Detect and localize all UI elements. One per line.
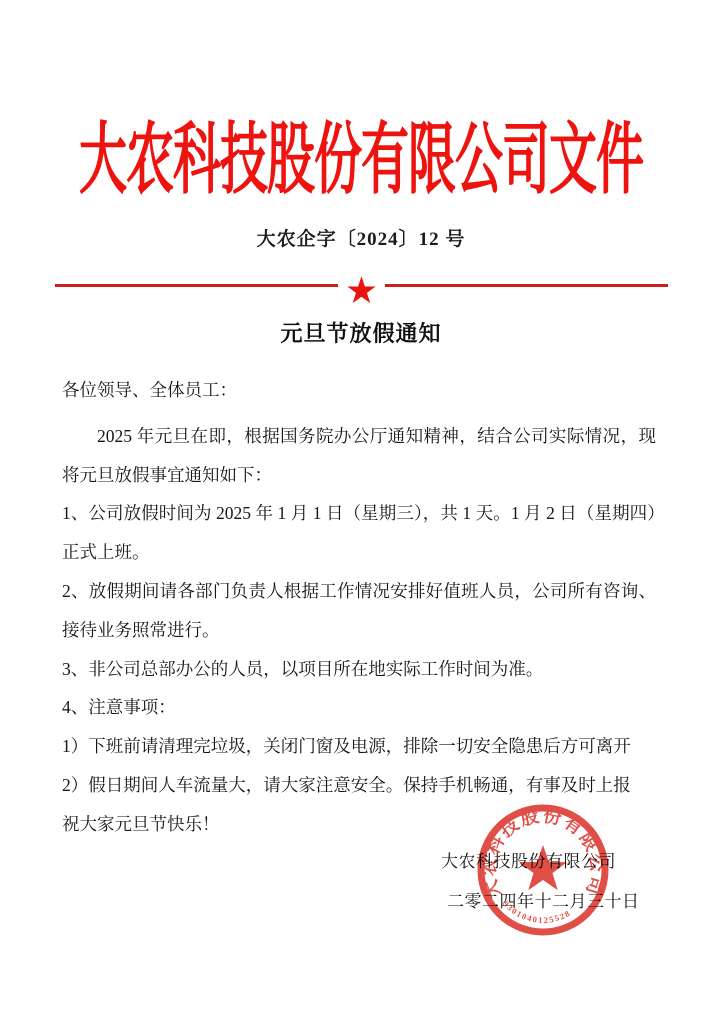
notice-title: 元旦节放假通知 <box>0 317 722 348</box>
signature-date: 二零二四年十二月三十日 <box>447 887 640 912</box>
masthead-title: 大农科技股份有限公司文件 <box>0 97 722 209</box>
paragraph-item-1: 1、公司放假时间为 2025 年 1 月 1 日（星期三），共 1 天。1 月 … <box>62 494 656 572</box>
paragraph-item-4: 4、注意事项： <box>62 688 656 727</box>
paragraph-intro: 2025 年元旦在即，根据国务院办公厅通知精神，结合公司实际情况，现将元旦放假事… <box>62 417 656 495</box>
salutation: 各位领导、全体员工： <box>62 371 656 410</box>
paragraph-item-2: 2、放假期间请各部门负责人根据工作情况安排好值班人员，公司所有咨询、接待业务照常… <box>62 572 656 650</box>
divider-line-right <box>385 284 668 287</box>
divider-line-left <box>55 284 338 287</box>
signature-company: 大农科技股份有限公司 <box>441 847 616 872</box>
red-divider: ★ <box>55 266 668 304</box>
paragraph-wishes: 祝大家元旦节快乐！ <box>62 805 656 844</box>
document-page: 大农科技股份有限公司文件 大农企字〔2024〕12 号 ★ 元旦节放假通知 各位… <box>0 0 722 1024</box>
paragraph-note-2: 2）假日期间人车流量大，请大家注意安全。保持手机畅通，有事及时上报 <box>62 766 656 805</box>
paragraph-note-1: 1）下班前请清理完垃圾，关闭门窗及电源，排除一切安全隐患后方可离开 <box>62 727 656 766</box>
document-number: 大农企字〔2024〕12 号 <box>0 224 722 251</box>
paragraph-item-3: 3、非公司总部办公的人员，以项目所在地实际工作时间为准。 <box>62 650 656 689</box>
notice-body: 各位领导、全体员工： 2025 年元旦在即，根据国务院办公厅通知精神，结合公司实… <box>62 371 656 844</box>
